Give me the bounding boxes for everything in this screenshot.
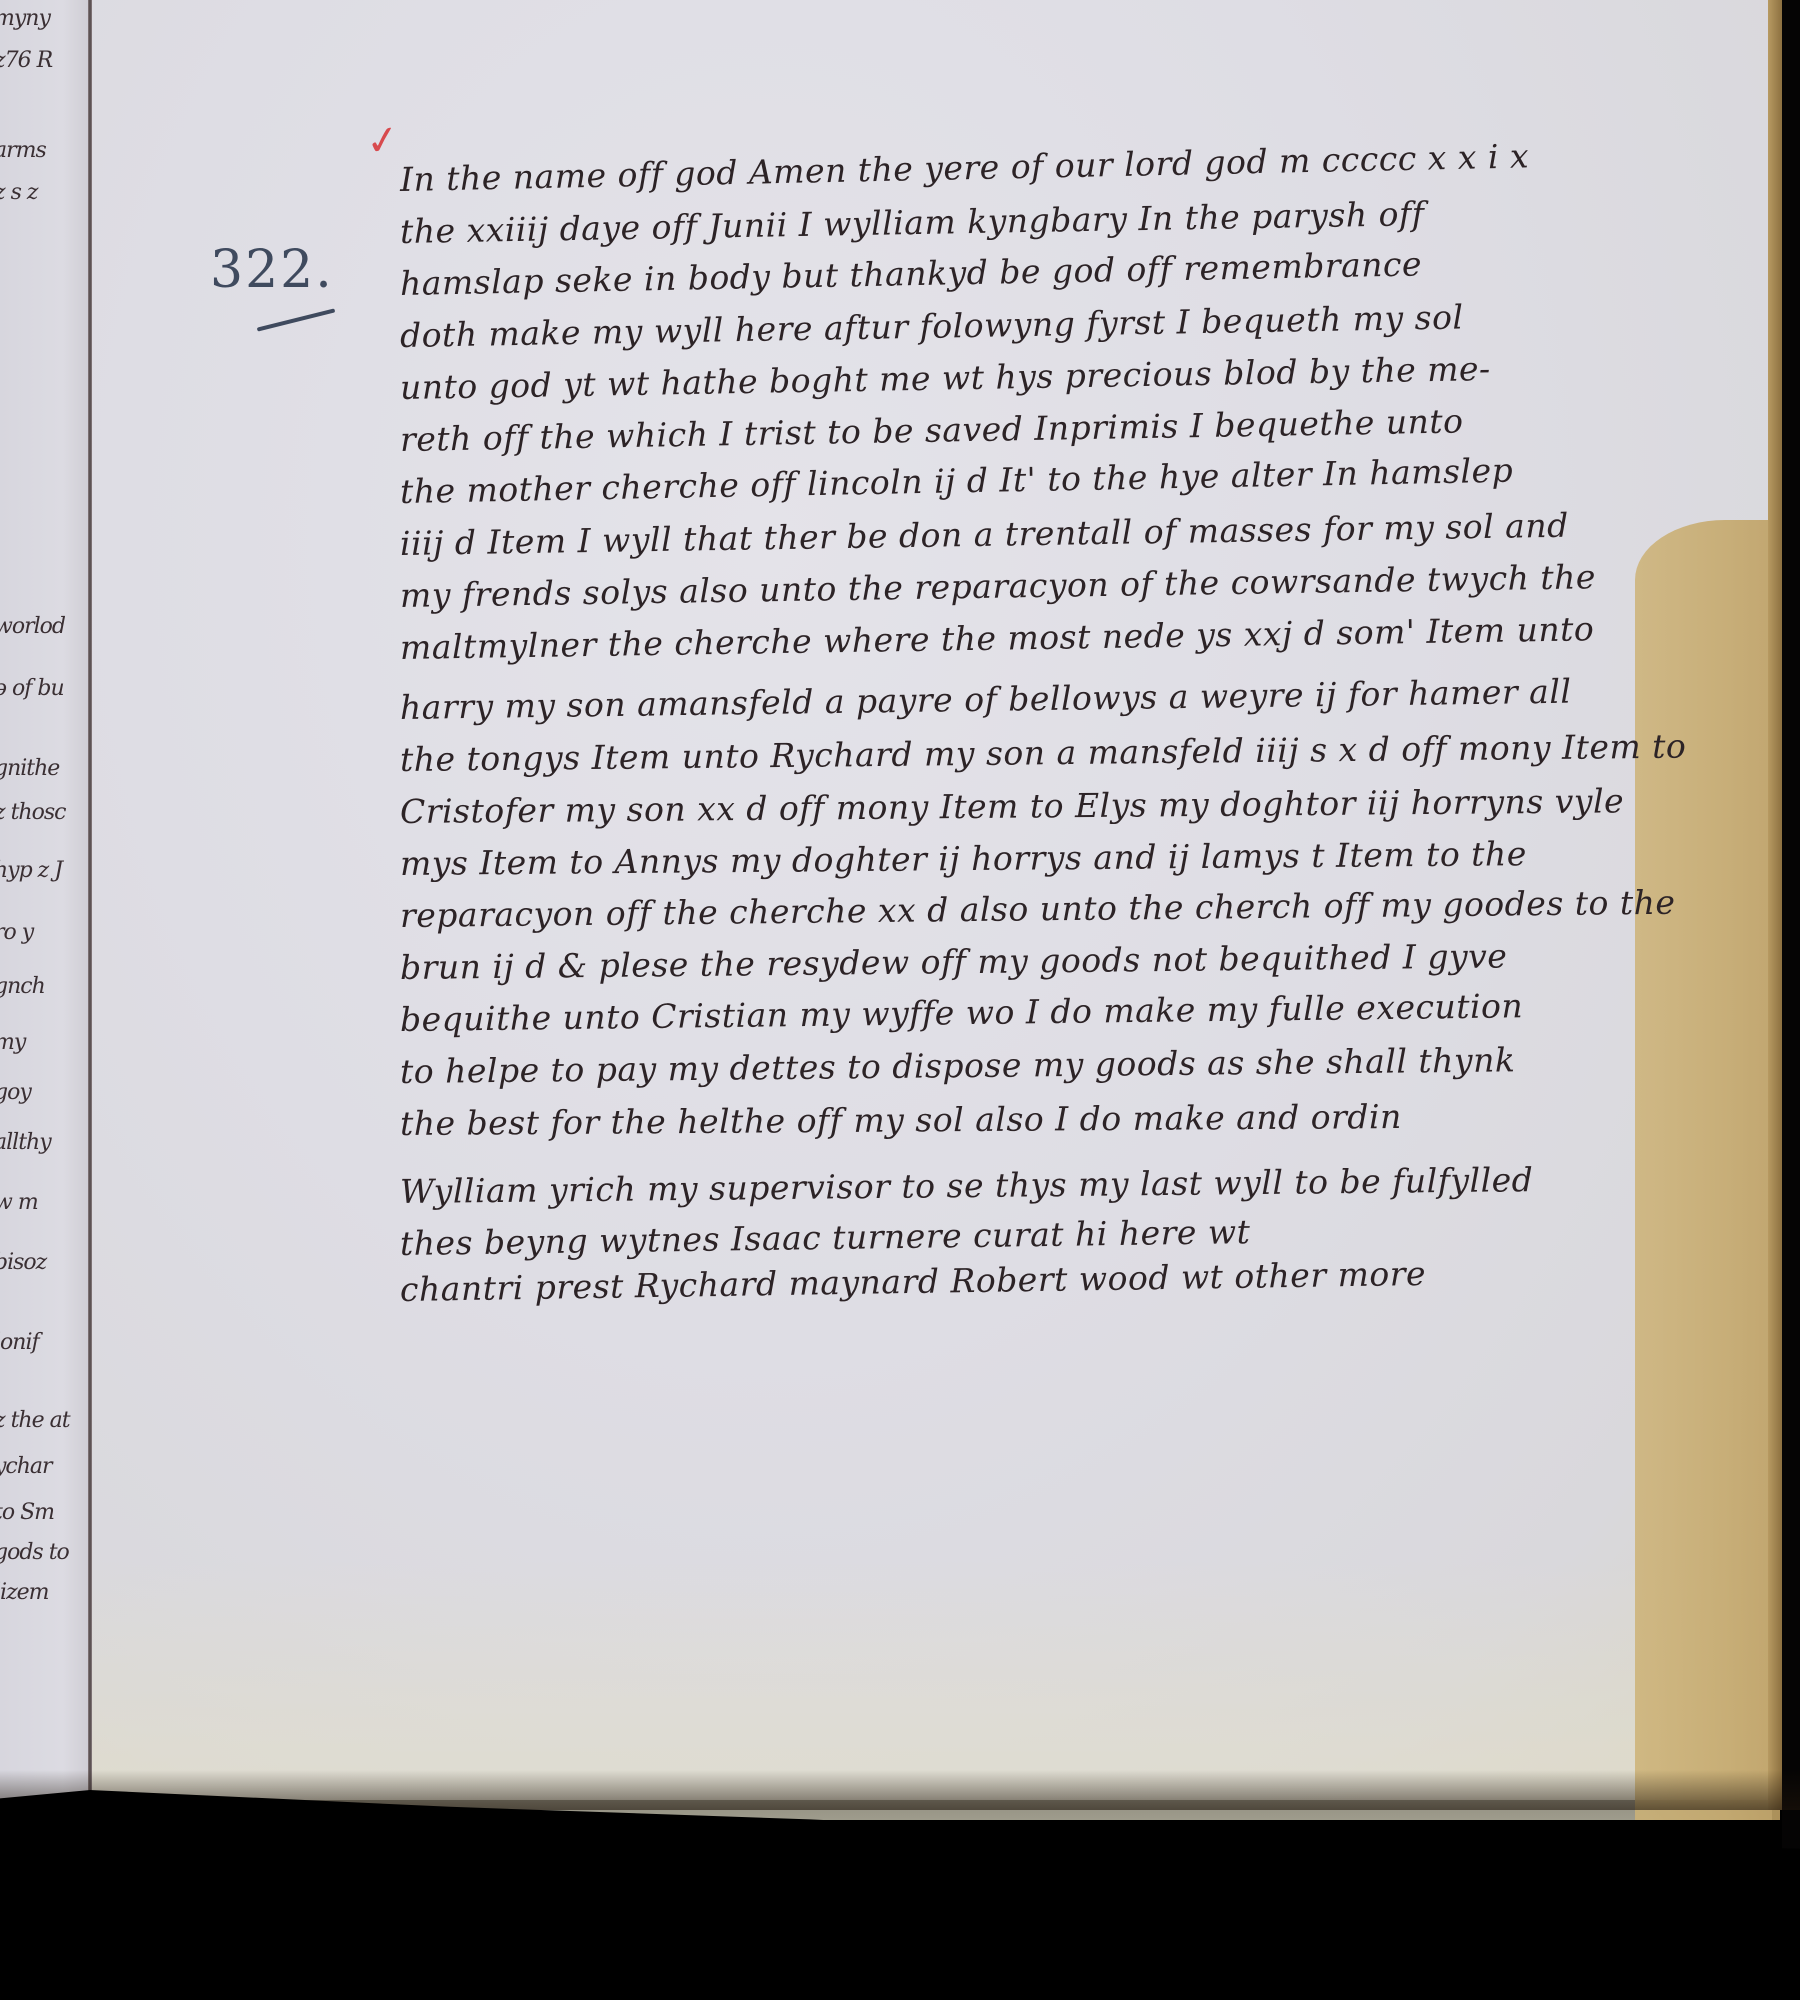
text-line: the best for the helthe off my sol also …: [400, 1097, 1402, 1143]
background-edge: [1782, 0, 1800, 2000]
margin-note: to Sm: [0, 1500, 54, 1525]
margin-note: z thosc: [0, 800, 65, 825]
margin-note: worlod: [0, 614, 65, 639]
margin-note: ǝ of bu: [0, 676, 64, 701]
margin-note: lizem: [0, 1580, 49, 1605]
margin-note: bisoz: [0, 1250, 46, 1275]
margin-note: hyp z J: [0, 858, 62, 883]
margin-note: w m: [0, 1190, 38, 1215]
margin-note: allthy: [0, 1130, 51, 1155]
margin-note: z76 R: [0, 48, 52, 73]
red-check-mark-icon: ✓: [363, 116, 403, 166]
margin-note: gods to: [0, 1540, 69, 1565]
margin-note: gnithe: [0, 756, 59, 781]
margin-note: arms: [0, 138, 46, 163]
margin-note: z s z: [0, 180, 37, 205]
margin-note: lonif: [0, 1330, 39, 1355]
margin-note: myny: [0, 6, 50, 31]
dark-background: [0, 1790, 1800, 2000]
water-stain: [1635, 520, 1780, 1820]
page-edge: [1768, 0, 1782, 1810]
left-margin-notes: myny z76 R arms z s z worlod ǝ of bu gni…: [0, 0, 88, 1800]
folio-number: 322.: [210, 240, 334, 300]
margin-note: gnch: [0, 974, 45, 999]
margin-note: my: [0, 1030, 25, 1055]
manuscript-photo: myny z76 R arms z s z worlod ǝ of bu gni…: [0, 0, 1800, 2000]
margin-note: ro y: [0, 920, 33, 945]
margin-note: ychar: [0, 1454, 52, 1479]
margin-note: goy: [0, 1080, 31, 1105]
margin-note: z the at: [0, 1408, 70, 1433]
